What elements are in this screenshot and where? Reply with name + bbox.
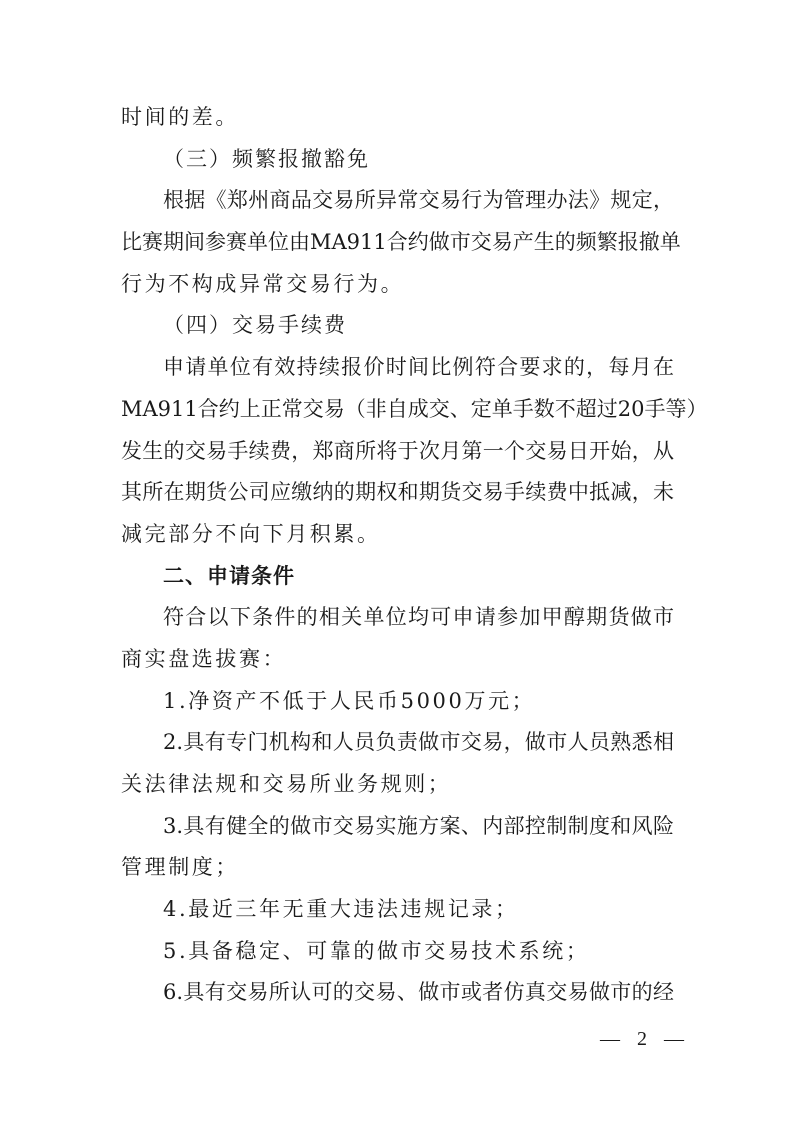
subheading-frequent-order-exemption: （三）频繁报撤豁免 — [121, 139, 674, 181]
paragraph-line: 减完部分不向下月积累。 — [121, 514, 674, 556]
condition-item-2-cont: 关法律法规和交易所业务规则； — [121, 764, 674, 806]
condition-item-3: 3.具有健全的做市交易实施方案、内部控制制度和风险 — [121, 806, 674, 848]
paragraph-line: 根据《郑州商品交易所异常交易行为管理办法》规定， — [121, 180, 674, 222]
paragraph-line: 符合以下条件的相关单位均可申请参加甲醇期货做市 — [121, 597, 674, 639]
paragraph-line: 行为不构成异常交易行为。 — [121, 264, 674, 306]
document-body: 时间的差。 （三）频繁报撤豁免 根据《郑州商品交易所异常交易行为管理办法》规定，… — [121, 97, 674, 1014]
condition-item-6: 6.具有交易所认可的交易、做市或者仿真交易做市的经 — [121, 972, 674, 1014]
section-heading-application-conditions: 二、申请条件 — [121, 556, 674, 598]
condition-item-3-cont: 管理制度； — [121, 847, 674, 889]
paragraph-line: 其所在期货公司应缴纳的期权和期货交易手续费中抵减，未 — [121, 472, 674, 514]
document-page: 时间的差。 （三）频繁报撤豁免 根据《郑州商品交易所异常交易行为管理办法》规定，… — [0, 0, 793, 1122]
paragraph-line: 发生的交易手续费，郑商所将于次月第一个交易日开始，从 — [121, 431, 674, 473]
paragraph-continuation: 时间的差。 — [121, 97, 674, 139]
paragraph-line: MA911合约上正常交易（非自成交、定单手数不超过20手等） — [121, 389, 674, 431]
page-number: — 2 — — [600, 1028, 690, 1051]
condition-item-2: 2.具有专门机构和人员负责做市交易，做市人员熟悉相 — [121, 722, 674, 764]
condition-item-5: 5.具备稳定、可靠的做市交易技术系统； — [121, 931, 674, 973]
condition-item-4: 4.最近三年无重大违法违规记录； — [121, 889, 674, 931]
paragraph-line: 申请单位有效持续报价时间比例符合要求的，每月在 — [121, 347, 674, 389]
subheading-trading-fees: （四）交易手续费 — [121, 305, 674, 347]
condition-item-1: 1.净资产不低于人民币5000万元； — [121, 681, 674, 723]
paragraph-line: 比赛期间参赛单位由MA911合约做市交易产生的频繁报撤单 — [121, 222, 674, 264]
paragraph-line: 商实盘选拔赛： — [121, 639, 674, 681]
